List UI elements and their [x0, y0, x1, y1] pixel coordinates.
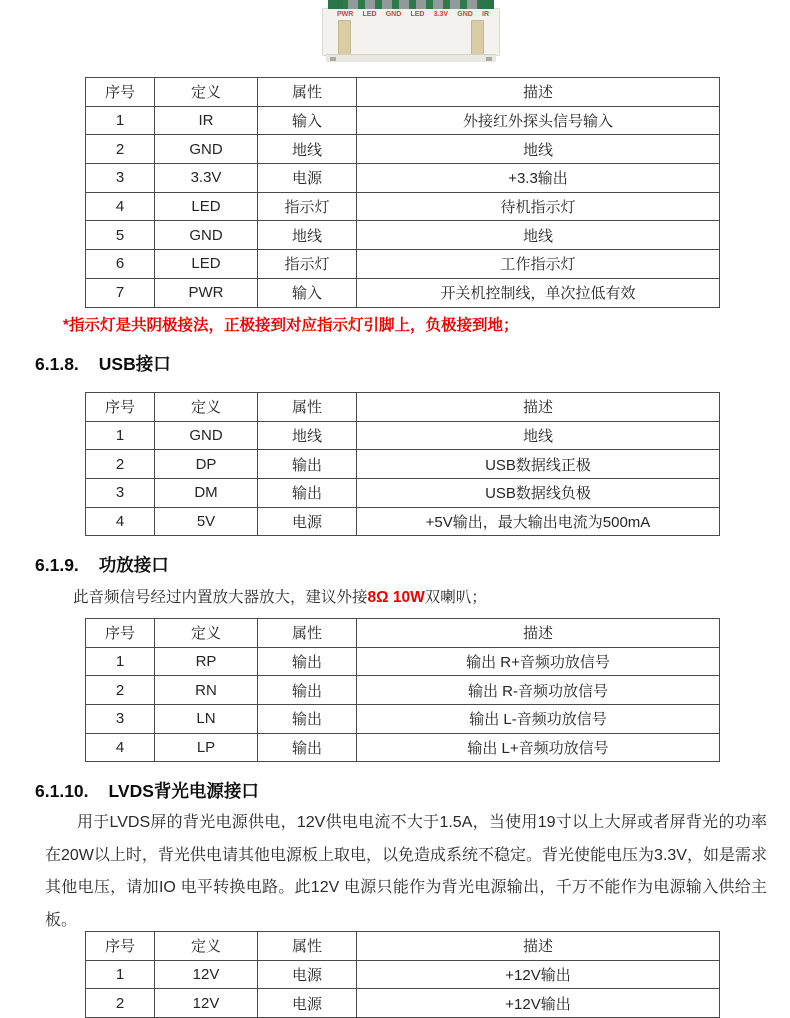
- table-row: 2DP输出USB数据线正极: [86, 450, 720, 479]
- table-cell: 输出: [258, 450, 357, 479]
- table-header-cell: 描述: [357, 619, 720, 648]
- table-cell: 12V: [155, 960, 258, 989]
- table-header-cell: 定义: [155, 78, 258, 107]
- table-cell: 外接红外探头信号输入: [357, 106, 720, 135]
- table-header-cell: 定义: [155, 619, 258, 648]
- table-cell: RN: [155, 676, 258, 705]
- table-cell: 2: [86, 135, 155, 164]
- table-cell: 2: [86, 450, 155, 479]
- table-cell: 输出: [258, 733, 357, 762]
- table-header-cell: 序号: [86, 393, 155, 422]
- table-cell: DP: [155, 450, 258, 479]
- table-cell: 4: [86, 507, 155, 536]
- table-header-cell: 属性: [258, 78, 357, 107]
- table-cell: 地线: [258, 221, 357, 250]
- table-header-row: 序号定义属性描述: [86, 78, 720, 107]
- table-cell: 电源: [258, 507, 357, 536]
- table-header-row: 序号定义属性描述: [86, 932, 720, 961]
- table-cell: 输出 L+音频功放信号: [357, 733, 720, 762]
- amp-note-prefix: 此音频信号经过内置放大器放大，建议外接: [73, 589, 368, 606]
- connector-latch-slot: [338, 20, 351, 55]
- section-heading-usb: 6.1.8.USB接口: [35, 351, 171, 376]
- table-cell: 5V: [155, 507, 258, 536]
- table-cell: 4: [86, 192, 155, 221]
- table-cell: 输入: [258, 106, 357, 135]
- connector-foot: [330, 57, 336, 61]
- table-row: 212V电源+12V输出: [86, 989, 720, 1018]
- section-number: 6.1.8.: [35, 354, 79, 374]
- table-cell: 7: [86, 278, 155, 307]
- table-row: 112V电源+12V输出: [86, 960, 720, 989]
- pin-label: GND: [386, 11, 402, 19]
- table-cell: 5: [86, 221, 155, 250]
- section-title: LVDS背光电源接口: [109, 781, 259, 801]
- pin-label: 3.3V: [434, 11, 448, 19]
- table-cell: 待机指示灯: [357, 192, 720, 221]
- table-cell: 输出: [258, 479, 357, 508]
- table-cell: 输出 R-音频功放信号: [357, 676, 720, 705]
- table-row: 3DM输出USB数据线负极: [86, 479, 720, 508]
- section-title: USB接口: [99, 354, 171, 374]
- pin-label: PWR: [337, 11, 353, 19]
- table-row: 1GND地线地线: [86, 421, 720, 450]
- table-cell: 3: [86, 705, 155, 734]
- table-row: 2RN输出输出 R-音频功放信号: [86, 676, 720, 705]
- table-cell: 指示灯: [258, 192, 357, 221]
- amp-pin-table: 序号定义属性描述1RP输出输出 R+音频功放信号2RN输出输出 R-音频功放信号…: [85, 618, 720, 762]
- table-header-cell: 属性: [258, 619, 357, 648]
- table-cell: 地线: [258, 135, 357, 164]
- connector-photo: PWRLEDGNDLED3.3VGNDIR: [322, 0, 500, 62]
- table-cell: 输出 R+音频功放信号: [357, 647, 720, 676]
- table-row: 2GND地线地线: [86, 135, 720, 164]
- table-cell: RP: [155, 647, 258, 676]
- table-header-cell: 描述: [357, 932, 720, 961]
- table-row: 1RP输出输出 R+音频功放信号: [86, 647, 720, 676]
- table-header-row: 序号定义属性描述: [86, 619, 720, 648]
- table-cell: 指示灯: [258, 250, 357, 279]
- table-header-cell: 定义: [155, 932, 258, 961]
- table-cell: 开关机控制线，单次拉低有效: [357, 278, 720, 307]
- table-cell: IR: [155, 106, 258, 135]
- table-cell: GND: [155, 221, 258, 250]
- table-cell: +3.3输出: [357, 164, 720, 193]
- table-cell: 12V: [155, 989, 258, 1018]
- table-header-cell: 定义: [155, 393, 258, 422]
- table-cell: 2: [86, 989, 155, 1018]
- connector-base: [326, 54, 496, 62]
- table-cell: 输出: [258, 705, 357, 734]
- usb-pin-table: 序号定义属性描述1GND地线地线2DP输出USB数据线正极3DM输出USB数据线…: [85, 392, 720, 536]
- table-row: 7PWR输入开关机控制线，单次拉低有效: [86, 278, 720, 307]
- table-cell: +12V输出: [357, 960, 720, 989]
- table-header-cell: 属性: [258, 932, 357, 961]
- table-cell: +12V输出: [357, 989, 720, 1018]
- connector-latch-slot: [471, 20, 484, 55]
- table-cell: GND: [155, 135, 258, 164]
- table-cell: 1: [86, 960, 155, 989]
- table-cell: 地线: [357, 135, 720, 164]
- table-header-row: 序号定义属性描述: [86, 393, 720, 422]
- table-cell: 输出: [258, 647, 357, 676]
- table-cell: 1: [86, 647, 155, 676]
- table-row: 3LN输出输出 L-音频功放信号: [86, 705, 720, 734]
- section-number: 6.1.10.: [35, 781, 89, 801]
- table-cell: 1: [86, 106, 155, 135]
- table-cell: 3: [86, 479, 155, 508]
- table-row: 5GND地线地线: [86, 221, 720, 250]
- table-row: 6LED指示灯工作指示灯: [86, 250, 720, 279]
- table-cell: 2: [86, 676, 155, 705]
- table-row: 4LED指示灯待机指示灯: [86, 192, 720, 221]
- table-cell: 4: [86, 733, 155, 762]
- indicator-note: *指示灯是共阴极接法，正极接到对应指示灯引脚上，负极接到地；: [63, 313, 519, 335]
- table-header-cell: 序号: [86, 619, 155, 648]
- table-cell: 地线: [357, 221, 720, 250]
- table-cell: 输出: [258, 676, 357, 705]
- table-cell: 电源: [258, 960, 357, 989]
- table-cell: 3.3V: [155, 164, 258, 193]
- table-header-cell: 描述: [357, 78, 720, 107]
- document-page: PWRLEDGNDLED3.3VGNDIR 序号定义属性描述1IR输入外接红外探…: [0, 0, 790, 1018]
- table-cell: +5V输出，最大输出电流为500mA: [357, 507, 720, 536]
- table-cell: 输出 L-音频功放信号: [357, 705, 720, 734]
- table-cell: GND: [155, 421, 258, 450]
- table-row: 1IR输入外接红外探头信号输入: [86, 106, 720, 135]
- table-cell: 地线: [258, 421, 357, 450]
- table-cell: 3: [86, 164, 155, 193]
- table-cell: 1: [86, 421, 155, 450]
- table-header-cell: 序号: [86, 932, 155, 961]
- table-cell: 电源: [258, 164, 357, 193]
- pin-label: IR: [482, 11, 489, 19]
- amp-note-highlight: 8Ω 10W: [368, 589, 425, 606]
- section-heading-amp: 6.1.9.功放接口: [35, 552, 169, 577]
- pin-label: LED: [363, 11, 377, 19]
- table-header-cell: 属性: [258, 393, 357, 422]
- table-cell: USB数据线负极: [357, 479, 720, 508]
- table-cell: 电源: [258, 989, 357, 1018]
- backlight-pin-table: 序号定义属性描述112V电源+12V输出212V电源+12V输出: [85, 931, 720, 1018]
- amp-note: 此音频信号经过内置放大器放大，建议外接8Ω 10W双喇叭；: [73, 585, 487, 607]
- table-cell: DM: [155, 479, 258, 508]
- table-cell: 输入: [258, 278, 357, 307]
- table-cell: 工作指示灯: [357, 250, 720, 279]
- table-cell: 6: [86, 250, 155, 279]
- section-number: 6.1.9.: [35, 555, 79, 575]
- table-cell: LED: [155, 192, 258, 221]
- lvds-paragraph: 用于LVDS屏的背光电源供电，12V供电电流不大于1.5A，当使用19寸以上大屏…: [45, 807, 767, 937]
- table-header-cell: 描述: [357, 393, 720, 422]
- table-cell: USB数据线正极: [357, 450, 720, 479]
- table-header-cell: 序号: [86, 78, 155, 107]
- pcb-edge-pins: [328, 0, 494, 9]
- section-heading-lvds: 6.1.10.LVDS背光电源接口: [35, 778, 259, 803]
- power-led-pin-table: 序号定义属性描述1IR输入外接红外探头信号输入2GND地线地线33.3V电源+3…: [85, 77, 720, 308]
- table-cell: PWR: [155, 278, 258, 307]
- table-row: 45V电源+5V输出，最大输出电流为500mA: [86, 507, 720, 536]
- table-cell: LN: [155, 705, 258, 734]
- table-cell: LP: [155, 733, 258, 762]
- connector-pin-labels: PWRLEDGNDLED3.3VGNDIR: [337, 11, 489, 19]
- amp-note-suffix: 双喇叭；: [425, 589, 487, 606]
- table-row: 4LP输出输出 L+音频功放信号: [86, 733, 720, 762]
- table-cell: LED: [155, 250, 258, 279]
- table-row: 33.3V电源+3.3输出: [86, 164, 720, 193]
- section-title: 功放接口: [99, 555, 169, 575]
- pin-label: LED: [410, 11, 424, 19]
- connector-foot: [486, 57, 492, 61]
- pin-label: GND: [457, 11, 473, 19]
- table-cell: 地线: [357, 421, 720, 450]
